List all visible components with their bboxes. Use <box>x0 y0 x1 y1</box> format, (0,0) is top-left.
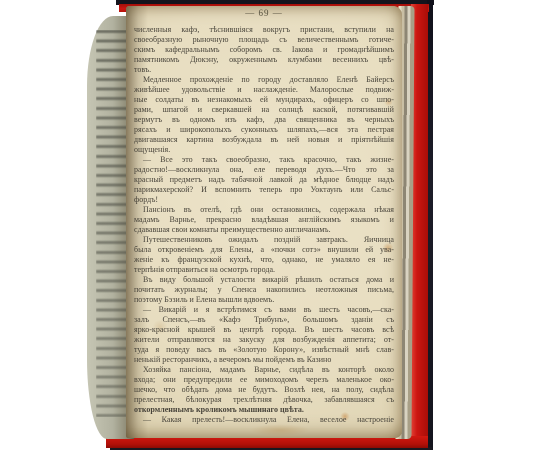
text-line: — Все это такъ своеобразно, такъ красочн… <box>134 155 394 165</box>
text-line: вермутъ въ одномъ изъ кафэ, два священни… <box>134 115 394 125</box>
text-line: сдававшая свои комнаты преимущественно а… <box>134 225 394 235</box>
text-line: товъ. <box>134 65 394 75</box>
text-line: радостно!—воскликнула она, еле переводя … <box>134 165 394 175</box>
text-line: парикмахерской? И вспомнить теперь про У… <box>134 185 394 195</box>
text-line: своеобразную рыночную площадь съ величес… <box>134 35 394 45</box>
text-line: была откровеніемъ для Елены, а «почки со… <box>134 245 394 255</box>
text-line: — Какая прелесть!—воскликнула Елена, вес… <box>134 415 394 425</box>
text-line: мадамъ Варнье, прекрасно владѣвшая англі… <box>134 215 394 225</box>
text-line: живѣйшее удовольствіе и наслажденіе. Мал… <box>134 85 394 95</box>
text-line: скимъ кафедральнымъ соборомъ св. Іакова … <box>134 45 394 55</box>
text-line: ярко-красной крышей въ центрѣ города. Въ… <box>134 325 394 335</box>
text-line: ные солдаты въ незнакомыхъ ей мундирахъ,… <box>134 95 394 105</box>
text-line: почитать журналы; у Спенса накопились не… <box>134 285 394 295</box>
text-line: — Викарій и я встрѣтимся съ вами въ шест… <box>134 305 394 315</box>
text-line: Хозяйка пансіона, мадамъ Варнье, сидѣла … <box>134 365 394 375</box>
text-line: залъ Спенсъ,—въ «Кафэ Трибунъ», большомъ… <box>134 315 394 325</box>
text-line: Медленное прохожденіе по городу доставля… <box>134 75 394 85</box>
text-line: Въ виду большой усталости викарій рѣшилъ… <box>134 275 394 285</box>
text-line: поэтому Бэзиль и Елена вышли вдвоемъ. <box>134 295 394 305</box>
text-line: рясахъ и широкополыхъ суконныхъ шляпахъ,… <box>134 125 394 135</box>
text-line: двигавшаяся картина возбуждала въ ней но… <box>134 135 394 145</box>
text-line: фордъ! <box>134 195 394 205</box>
text-line: прелестная, бѣлокурая трехлѣтняя дѣвочка… <box>134 395 394 405</box>
text-line: входа; они предупредили ее мимоходомъ че… <box>134 375 394 385</box>
book-photo: — 69 — численныя кафэ, тѣснившіяся вокру… <box>0 0 550 450</box>
text-line: ненькій ресторанчикъ, а вечеромъ мы пойд… <box>134 355 394 365</box>
text-line: жители отправляются на закуску для возбу… <box>134 335 394 345</box>
text-line: памятникомъ Дюкэну, окруженнымъ клумбами… <box>134 55 394 65</box>
page-number-header: — 69 — <box>126 8 402 18</box>
text-line: откормленнымъ кроликомъ мышинаго цвѣта. <box>134 405 394 415</box>
text-line: Пансіонъ въ отелѣ, гдѣ они остановились,… <box>134 205 394 215</box>
text-line: численныя кафэ, тѣснившіяся вокругъ прис… <box>134 25 394 35</box>
left-page-blurred-text <box>96 30 129 417</box>
text-line: ощущенія. <box>134 145 394 155</box>
text-line: Путешественниковъ ожидалъ поздній завтра… <box>134 235 394 245</box>
text-line: красный предметъ надъ табачной лавкой да… <box>134 175 394 185</box>
text-line: туда я поведу васъ въ «Золотую Корону», … <box>134 345 394 355</box>
text-line: рами, шпагой и сверкавшей на солнцѣ каск… <box>134 105 394 115</box>
text-line: шечко, что обѣдать дома не будутъ. Возлѣ… <box>134 385 394 395</box>
text-block: численныя кафэ, тѣснившіяся вокругъ прис… <box>134 25 394 425</box>
text-line: терпѣнія отправиться на осмотръ города. <box>134 265 394 275</box>
text-line: женіе къ французской кухнѣ, что, однако,… <box>134 255 394 265</box>
